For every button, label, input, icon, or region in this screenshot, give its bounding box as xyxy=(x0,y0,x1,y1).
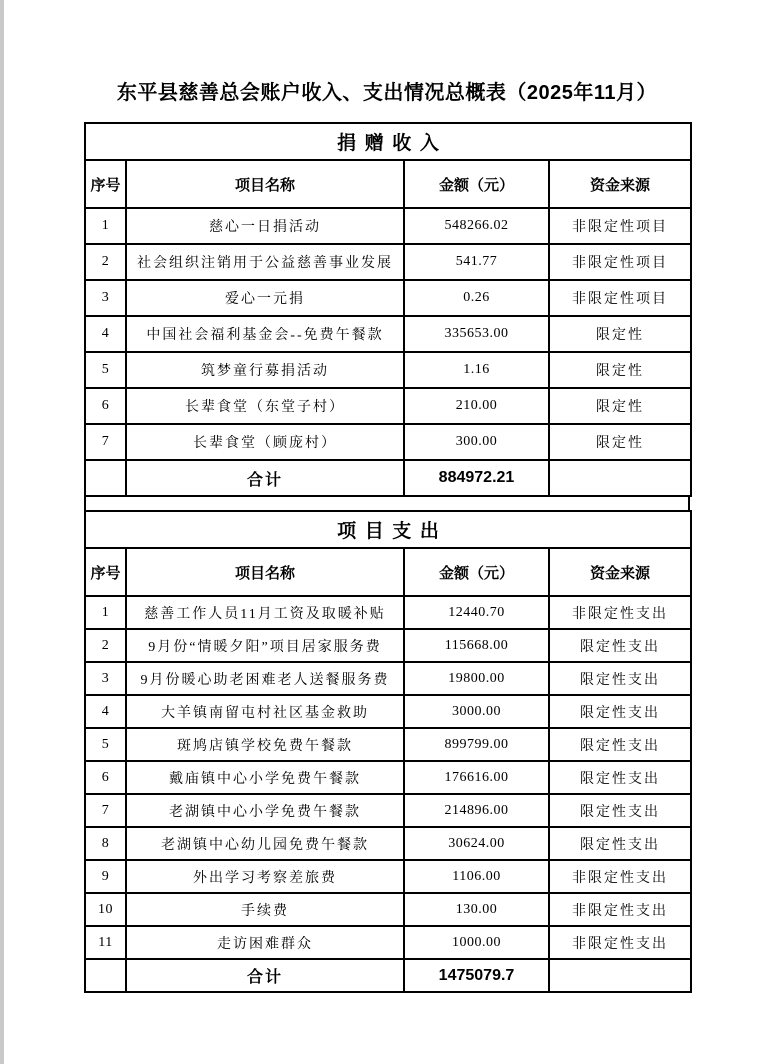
income-table-body: 1慈心一日捐活动548266.02非限定性项目2社会组织注销用于公益慈善事业发展… xyxy=(85,208,691,460)
expense-total-value: 1475079.7 xyxy=(404,959,549,992)
row-index: 4 xyxy=(85,316,126,352)
table-row: 1慈善工作人员11月工资及取暖补贴12440.70非限定性支出 xyxy=(85,596,691,629)
project-name: 长辈食堂（东堂子村） xyxy=(126,388,404,424)
row-index: 6 xyxy=(85,761,126,794)
fund-source: 非限定性支出 xyxy=(549,860,691,893)
document-body: 东平县慈善总会账户收入、支出情况总概表（2025年11月） 捐赠收入 序号 项目… xyxy=(84,76,690,993)
fund-source: 限定性支出 xyxy=(549,761,691,794)
expense-section-row: 项目支出 xyxy=(85,511,691,548)
row-index: 5 xyxy=(85,352,126,388)
amount: 210.00 xyxy=(404,388,549,424)
project-name: 老湖镇中心幼儿园免费午餐款 xyxy=(126,827,404,860)
row-index: 2 xyxy=(85,244,126,280)
amount: 899799.00 xyxy=(404,728,549,761)
project-name: 慈善工作人员11月工资及取暖补贴 xyxy=(126,596,404,629)
project-name: 社会组织注销用于公益慈善事业发展 xyxy=(126,244,404,280)
total-row-empty-source xyxy=(549,460,691,496)
amount: 176616.00 xyxy=(404,761,549,794)
total-row-empty-index xyxy=(85,959,126,992)
fund-source: 限定性支出 xyxy=(549,629,691,662)
row-index: 7 xyxy=(85,794,126,827)
fund-source: 限定性支出 xyxy=(549,662,691,695)
total-row-empty-index xyxy=(85,460,126,496)
amount: 12440.70 xyxy=(404,596,549,629)
fund-source: 限定性 xyxy=(549,352,691,388)
project-name: 长辈食堂（顾庞村） xyxy=(126,424,404,460)
fund-source: 限定性支出 xyxy=(549,827,691,860)
project-name: 外出学习考察差旅费 xyxy=(126,860,404,893)
table-row: 2社会组织注销用于公益慈善事业发展541.77非限定性项目 xyxy=(85,244,691,280)
row-index: 9 xyxy=(85,860,126,893)
table-row: 4中国社会福利基金会--免费午餐款335653.00限定性 xyxy=(85,316,691,352)
row-index: 8 xyxy=(85,827,126,860)
fund-source: 非限定性项目 xyxy=(549,280,691,316)
amount: 19800.00 xyxy=(404,662,549,695)
project-name: 大羊镇南留屯村社区基金救助 xyxy=(126,695,404,728)
expense-section-title: 项目支出 xyxy=(85,511,691,548)
amount: 115668.00 xyxy=(404,629,549,662)
row-index: 11 xyxy=(85,926,126,959)
project-name: 戴庙镇中心小学免费午餐款 xyxy=(126,761,404,794)
amount: 548266.02 xyxy=(404,208,549,244)
fund-source: 限定性 xyxy=(549,388,691,424)
project-name: 老湖镇中心小学免费午餐款 xyxy=(126,794,404,827)
column-header-project-name: 项目名称 xyxy=(126,548,404,596)
column-header-amount: 金额（元） xyxy=(404,160,549,208)
amount: 1000.00 xyxy=(404,926,549,959)
row-index: 5 xyxy=(85,728,126,761)
project-name: 9月份暖心助老困难老人送餐服务费 xyxy=(126,662,404,695)
amount: 1.16 xyxy=(404,352,549,388)
amount: 335653.00 xyxy=(404,316,549,352)
row-index: 3 xyxy=(85,662,126,695)
project-name: 中国社会福利基金会--免费午餐款 xyxy=(126,316,404,352)
table-row: 7老湖镇中心小学免费午餐款214896.00限定性支出 xyxy=(85,794,691,827)
income-total-label: 合计 xyxy=(126,460,404,496)
fund-source: 非限定性支出 xyxy=(549,893,691,926)
column-header-fund-source: 资金来源 xyxy=(549,548,691,596)
table-row: 4大羊镇南留屯村社区基金救助3000.00限定性支出 xyxy=(85,695,691,728)
column-header-index: 序号 xyxy=(85,548,126,596)
expense-total-label: 合计 xyxy=(126,959,404,992)
column-header-fund-source: 资金来源 xyxy=(549,160,691,208)
fund-source: 非限定性支出 xyxy=(549,926,691,959)
table-row: 3爱心一元捐0.26非限定性项目 xyxy=(85,280,691,316)
column-header-amount: 金额（元） xyxy=(404,548,549,596)
fund-source: 限定性支出 xyxy=(549,728,691,761)
row-index: 2 xyxy=(85,629,126,662)
fund-source: 非限定性项目 xyxy=(549,244,691,280)
amount: 0.26 xyxy=(404,280,549,316)
amount: 300.00 xyxy=(404,424,549,460)
page-title: 东平县慈善总会账户收入、支出情况总概表（2025年11月） xyxy=(84,76,690,105)
expense-table-body: 1慈善工作人员11月工资及取暖补贴12440.70非限定性支出29月份“情暖夕阳… xyxy=(85,596,691,959)
income-section-row: 捐赠收入 xyxy=(85,123,691,160)
row-index: 4 xyxy=(85,695,126,728)
row-index: 1 xyxy=(85,208,126,244)
row-index: 7 xyxy=(85,424,126,460)
table-row: 5筑梦童行募捐活动1.16限定性 xyxy=(85,352,691,388)
expense-total-row: 合计 1475079.7 xyxy=(85,959,691,992)
amount: 1106.00 xyxy=(404,860,549,893)
column-header-index: 序号 xyxy=(85,160,126,208)
row-index: 10 xyxy=(85,893,126,926)
table-row: 5斑鸠店镇学校免费午餐款899799.00限定性支出 xyxy=(85,728,691,761)
table-row: 39月份暖心助老困难老人送餐服务费19800.00限定性支出 xyxy=(85,662,691,695)
page-edge-strip xyxy=(0,0,4,1064)
income-total-value: 884972.21 xyxy=(404,460,549,496)
table-row: 29月份“情暖夕阳”项目居家服务费115668.00限定性支出 xyxy=(85,629,691,662)
amount: 3000.00 xyxy=(404,695,549,728)
fund-source: 限定性支出 xyxy=(549,695,691,728)
project-name: 走访困难群众 xyxy=(126,926,404,959)
table-row: 10手续费130.00非限定性支出 xyxy=(85,893,691,926)
project-name: 筑梦童行募捐活动 xyxy=(126,352,404,388)
table-row: 9外出学习考察差旅费1106.00非限定性支出 xyxy=(85,860,691,893)
fund-source: 非限定性支出 xyxy=(549,596,691,629)
fund-source: 限定性 xyxy=(549,424,691,460)
fund-source: 限定性 xyxy=(549,316,691,352)
row-index: 1 xyxy=(85,596,126,629)
income-column-header-row: 序号 项目名称 金额（元） 资金来源 xyxy=(85,160,691,208)
table-row: 6戴庙镇中心小学免费午餐款176616.00限定性支出 xyxy=(85,761,691,794)
total-row-empty-source xyxy=(549,959,691,992)
expense-column-header-row: 序号 项目名称 金额（元） 资金来源 xyxy=(85,548,691,596)
amount: 541.77 xyxy=(404,244,549,280)
table-row: 6长辈食堂（东堂子村）210.00限定性 xyxy=(85,388,691,424)
expense-table: 项目支出 序号 项目名称 金额（元） 资金来源 1慈善工作人员11月工资及取暖补… xyxy=(84,510,692,993)
income-total-row: 合计 884972.21 xyxy=(85,460,691,496)
amount: 214896.00 xyxy=(404,794,549,827)
project-name: 斑鸠店镇学校免费午餐款 xyxy=(126,728,404,761)
amount: 130.00 xyxy=(404,893,549,926)
row-index: 3 xyxy=(85,280,126,316)
income-table: 捐赠收入 序号 项目名称 金额（元） 资金来源 1慈心一日捐活动548266.0… xyxy=(84,122,692,497)
project-name: 9月份“情暖夕阳”项目居家服务费 xyxy=(126,629,404,662)
table-row: 8老湖镇中心幼儿园免费午餐款30624.00限定性支出 xyxy=(85,827,691,860)
fund-source: 限定性支出 xyxy=(549,794,691,827)
table-row: 1慈心一日捐活动548266.02非限定性项目 xyxy=(85,208,691,244)
amount: 30624.00 xyxy=(404,827,549,860)
column-header-project-name: 项目名称 xyxy=(126,160,404,208)
project-name: 慈心一日捐活动 xyxy=(126,208,404,244)
project-name: 手续费 xyxy=(126,893,404,926)
table-row: 7长辈食堂（顾庞村）300.00限定性 xyxy=(85,424,691,460)
project-name: 爱心一元捐 xyxy=(126,280,404,316)
table-row: 11走访困难群众1000.00非限定性支出 xyxy=(85,926,691,959)
fund-source: 非限定性项目 xyxy=(549,208,691,244)
row-index: 6 xyxy=(85,388,126,424)
table-gap xyxy=(84,497,690,510)
income-section-title: 捐赠收入 xyxy=(85,123,691,160)
